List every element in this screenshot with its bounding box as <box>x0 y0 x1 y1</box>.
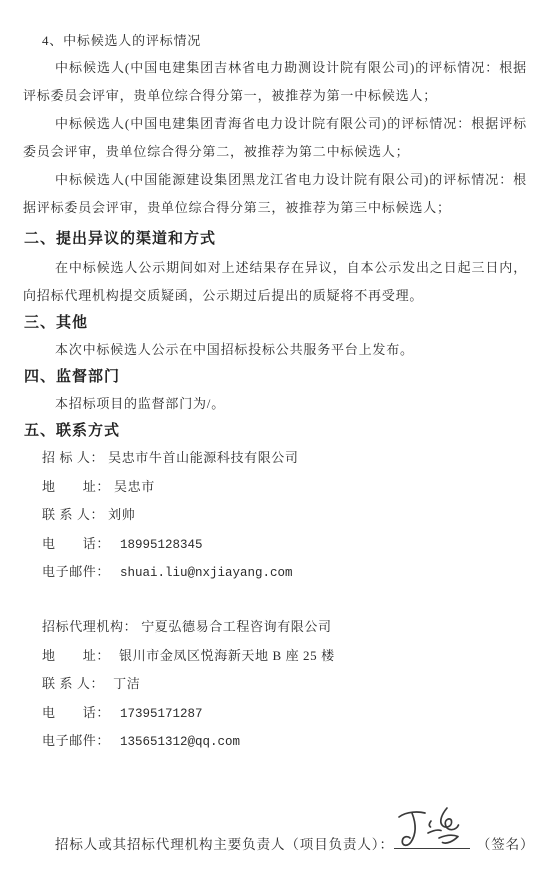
supervision-paragraph: 本招标项目的监督部门为/。 <box>23 390 527 418</box>
agency-phone-value: 17395171287 <box>110 700 203 729</box>
agency-address-value: 银川市金凤区悦海新天地 B 座 25 楼 <box>110 642 335 671</box>
tenderer-address-row: 地 址： 吴忠市 <box>42 473 527 502</box>
tenderer-phone-value: 18995128345 <box>110 531 203 560</box>
tenderer-person-label: 联 系 人： <box>42 501 104 530</box>
section-4-subtitle: 4、中标候选人的评标情况 <box>42 28 527 54</box>
handwritten-signature-icon <box>395 804 465 852</box>
objection-section-heading: 二、提出异议的渠道和方式 <box>24 226 527 252</box>
agency-address-label: 地 址： <box>42 642 110 671</box>
candidate-paragraph-second: 中标候选人(中国电建集团青海省电力设计院有限公司)的评标情况：根据评标委员会评审… <box>23 110 527 166</box>
tenderer-phone-row: 电 话： 18995128345 <box>42 530 527 559</box>
agency-email-label: 电子邮件： <box>42 727 110 756</box>
agency-email-value: 135651312@qq.com <box>110 728 240 757</box>
agency-name-value: 宁夏弘德易合工程咨询有限公司 <box>137 613 331 642</box>
objection-paragraph: 在中标候选人公示期间如对上述结果存在异议，自本公示发出之日起三日内，向招标代理机… <box>23 254 527 310</box>
agency-phone-label: 电 话： <box>42 699 110 728</box>
tenderer-person-value: 刘帅 <box>104 501 135 530</box>
tenderer-name-label: 招 标 人： <box>42 444 104 473</box>
signature-suffix-label: （签名） <box>470 837 535 852</box>
candidate-paragraph-third: 中标候选人(中国能源建设集团黑龙江省电力设计院有限公司)的评标情况：根据评标委员… <box>23 166 527 222</box>
tenderer-name-row: 招 标 人： 吴忠市牛首山能源科技有限公司 <box>42 444 527 473</box>
tenderer-contact-block: 招 标 人： 吴忠市牛首山能源科技有限公司 地 址： 吴忠市 联 系 人： 刘帅… <box>42 444 527 587</box>
agency-person-row: 联 系 人： 丁洁 <box>42 670 527 699</box>
other-section-heading: 三、其他 <box>24 310 527 336</box>
tenderer-name-value: 吴忠市牛首山能源科技有限公司 <box>104 444 298 473</box>
tenderer-email-row: 电子邮件： shuai.liu@nxjiayang.com <box>42 558 527 587</box>
bid-announcement-page: 4、中标候选人的评标情况 中标候选人(中国电建集团吉林省电力勘测设计院有限公司)… <box>0 0 550 871</box>
tenderer-phone-label: 电 话： <box>42 530 110 559</box>
agency-name-row: 招标代理机构： 宁夏弘德易合工程咨询有限公司 <box>42 613 527 642</box>
tenderer-email-label: 电子邮件： <box>42 558 110 587</box>
tenderer-address-value: 吴忠市 <box>110 473 155 502</box>
signature-area <box>394 831 470 849</box>
signature-row: 招标人或其招标代理机构主要负责人（项目负责人）： （签名） <box>55 831 534 853</box>
tenderer-person-row: 联 系 人： 刘帅 <box>42 501 527 530</box>
supervision-section-heading: 四、监督部门 <box>24 364 527 390</box>
candidate-paragraph-first: 中标候选人(中国电建集团吉林省电力勘测设计院有限公司)的评标情况：根据评标委员会… <box>23 54 527 110</box>
tenderer-address-label: 地 址： <box>42 473 110 502</box>
agency-name-label: 招标代理机构： <box>42 613 137 642</box>
agency-person-label: 联 系 人： <box>42 670 104 699</box>
agency-person-value: 丁洁 <box>104 670 140 699</box>
signature-prefix-label: 招标人或其招标代理机构主要负责人（项目负责人）： <box>55 837 394 852</box>
agency-address-row: 地 址： 银川市金凤区悦海新天地 B 座 25 楼 <box>42 642 527 671</box>
other-paragraph: 本次中标候选人公示在中国招标投标公共服务平台上发布。 <box>23 336 527 364</box>
agency-email-row: 电子邮件： 135651312@qq.com <box>42 727 527 756</box>
agency-contact-block: 招标代理机构： 宁夏弘德易合工程咨询有限公司 地 址： 银川市金凤区悦海新天地 … <box>42 613 527 756</box>
tenderer-email-value: shuai.liu@nxjiayang.com <box>110 559 293 588</box>
contact-section-heading: 五、联系方式 <box>24 418 527 444</box>
agency-phone-row: 电 话： 17395171287 <box>42 699 527 728</box>
